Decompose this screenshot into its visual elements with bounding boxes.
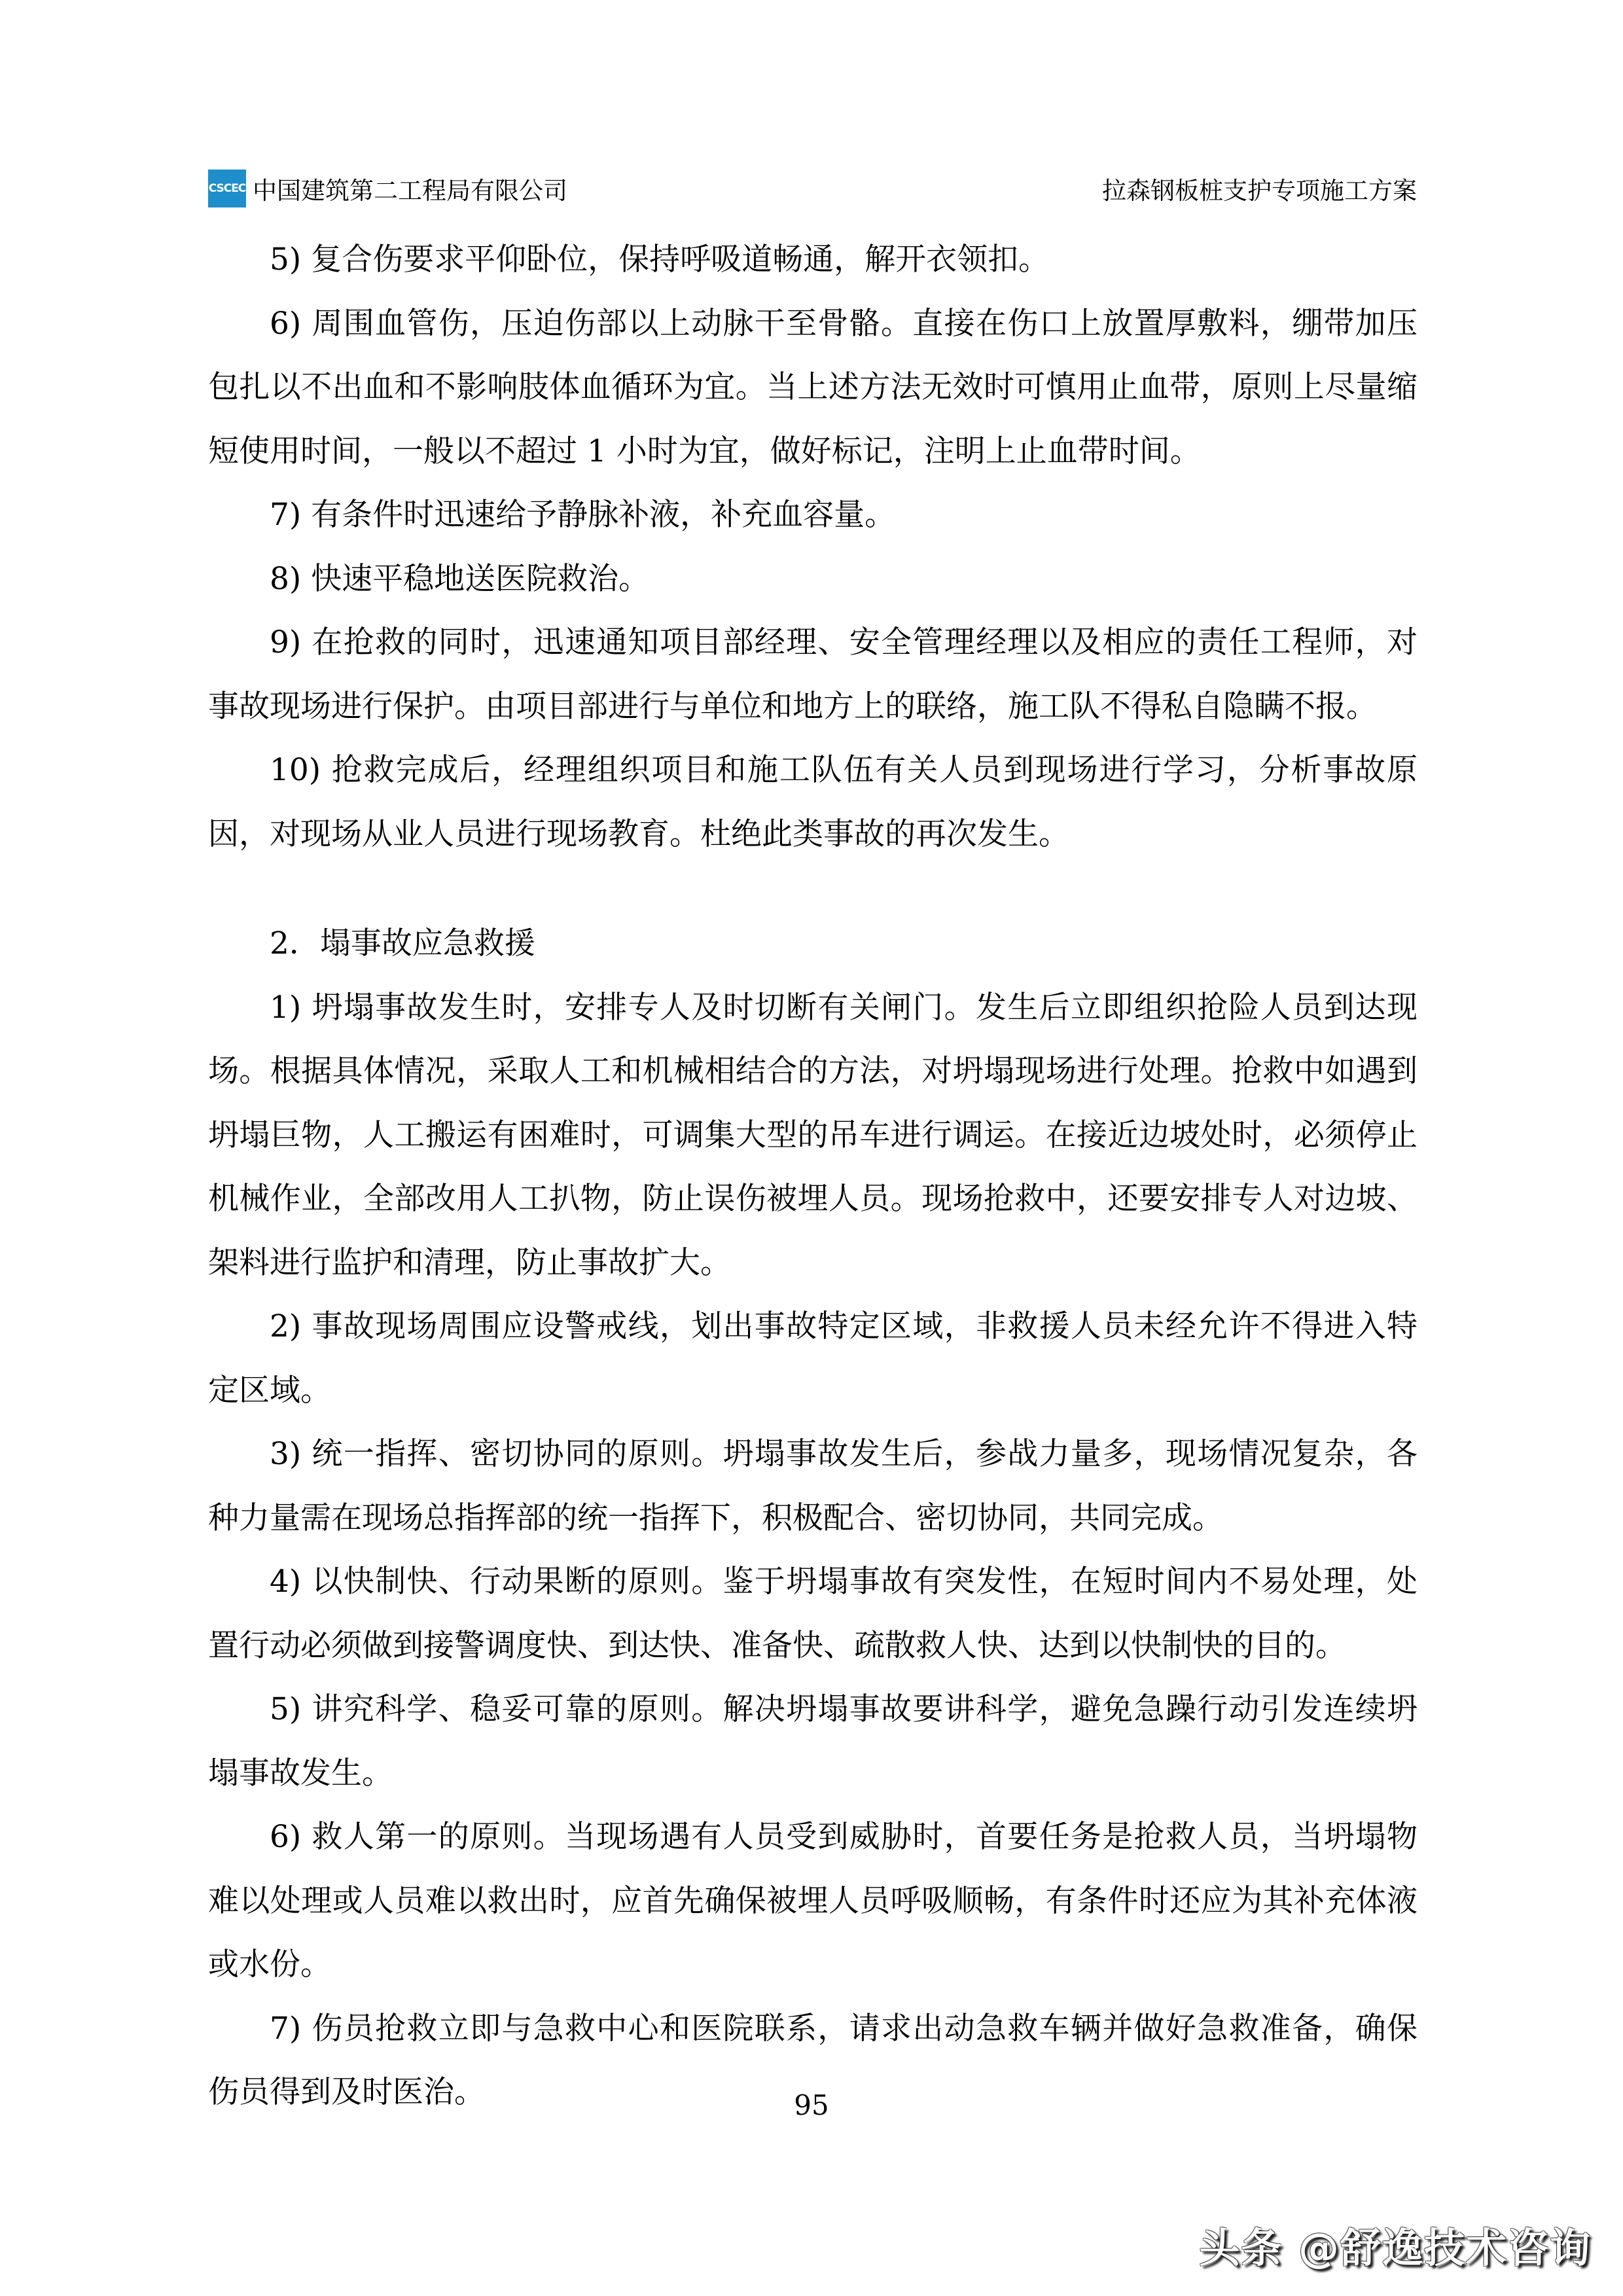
section-heading: 2．塌事故应急救援: [208, 912, 1418, 976]
body-text: 5) 复合伤要求平仰卧位，保持呼吸道畅通，解开衣领扣。6) 周围血管伤，压迫伤部…: [208, 228, 1418, 2125]
page-number: 95: [0, 2089, 1623, 2121]
company-name: 中国建筑第二工程局有限公司: [253, 171, 567, 206]
paragraph: 5) 讲究科学、稳妥可靠的原则。解决坍塌事故要讲科学，避免急躁行动引发连续坍塌事…: [208, 1677, 1418, 1805]
paragraph: 5) 复合伤要求平仰卧位，保持呼吸道畅通，解开衣领扣。: [208, 228, 1418, 292]
header-left: CSCEC 中国建筑第二工程局有限公司: [208, 170, 567, 207]
cscec-logo-icon: CSCEC: [208, 170, 246, 207]
paragraph: 8) 快速平稳地送医院救治。: [208, 547, 1418, 611]
document-page: CSCEC 中国建筑第二工程局有限公司 拉森钢板桩支护专项施工方案 5) 复合伤…: [0, 0, 1623, 2296]
paragraph: 7) 有条件时迅速给予静脉补液，补充血容量。: [208, 483, 1418, 547]
paragraph: 6) 周围血管伤，压迫伤部以上动脉干至骨骼。直接在伤口上放置厚敷料，绷带加压包扎…: [208, 292, 1418, 484]
page-header: CSCEC 中国建筑第二工程局有限公司 拉森钢板桩支护专项施工方案: [208, 165, 1417, 212]
paragraph: 3) 统一指挥、密切协同的原则。坍塌事故发生后，参战力量多，现场情况复杂，各种力…: [208, 1422, 1418, 1550]
paragraph: 10) 抢救完成后，经理组织项目和施工队伍有关人员到现场进行学习，分析事故原因，…: [208, 738, 1418, 866]
paragraph: 1) 坍塌事故发生时，安排专人及时切断有关闸门。发生后立即组织抢险人员到达现场。…: [208, 976, 1418, 1295]
document-title: 拉森钢板桩支护专项施工方案: [1102, 171, 1417, 206]
paragraph: 6) 救人第一的原则。当现场遇有人员受到威胁时，首要任务是抢救人员，当坍塌物难以…: [208, 1805, 1418, 1997]
paragraph: 9) 在抢救的同时，迅速通知项目部经理、安全管理经理以及相应的责任工程师，对事故…: [208, 611, 1418, 738]
watermark: 头条 @舒逸技术咨询: [1199, 2215, 1592, 2274]
paragraph: 4) 以快制快、行动果断的原则。鉴于坍塌事故有突发性，在短时间内不易处理，处置行…: [208, 1550, 1418, 1677]
paragraph: 2) 事故现场周围应设警戒线，划出事故特定区域，非救援人员未经允许不得进入特定区…: [208, 1295, 1418, 1422]
